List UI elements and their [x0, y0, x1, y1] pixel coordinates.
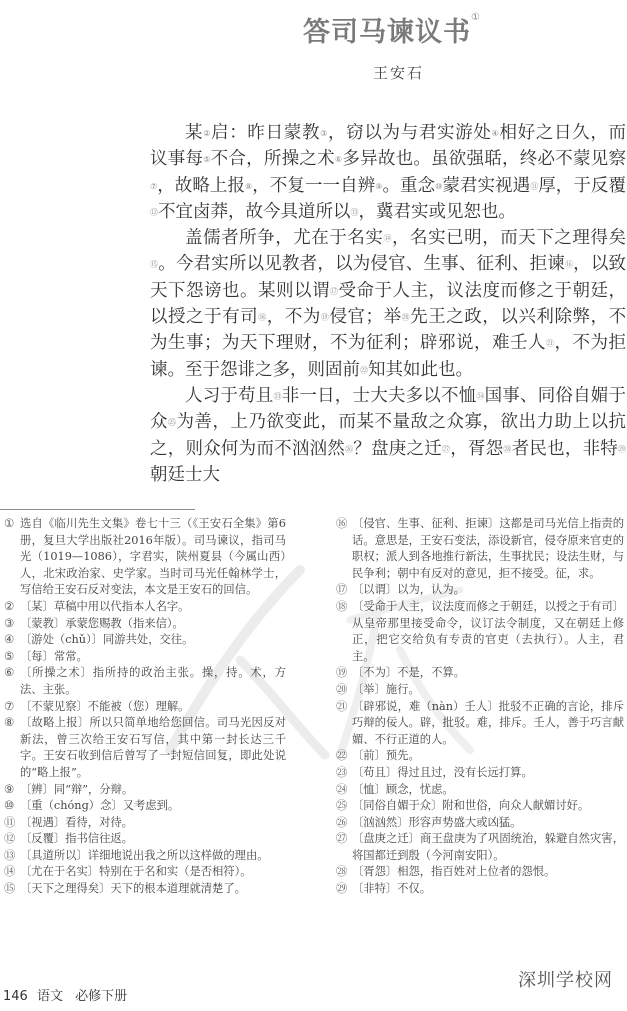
footnote-reference[interactable]: ㉙	[618, 445, 626, 454]
footnote-reference[interactable]: ㉘	[503, 445, 511, 454]
footnote-number: ②	[4, 599, 20, 616]
body-paragraph: 人习于苟且㉓非一日，士大夫多以不恤㉔国事、同俗自媚于众㉕为善，上乃欲变此，而某不…	[150, 383, 626, 488]
footnote-item: ㉙〔非特〕不仅。	[336, 881, 624, 898]
article-title: 答司马谏议书①	[303, 10, 481, 49]
footnote-item: ⑮〔天下之理得矣〕天下的根本道理就清楚了。	[4, 881, 286, 898]
footnote-reference[interactable]: ⑤	[203, 155, 210, 164]
footnote-text: 〔故略上报〕所以只简单地给您回信。司马光因反对新法，曾三次给王安石写信，其中第一…	[20, 715, 286, 781]
footnote-reference[interactable]: ⑦	[150, 182, 157, 191]
footnote-reference[interactable]: ⑯	[565, 260, 573, 269]
body-paragraph: 某②启：昨日蒙教③，窃以为与君实游处④相好之日久，而议事每⑤不合，所操之术⑥多异…	[150, 120, 626, 225]
page-footer: 146 语文 必修下册	[3, 985, 127, 1004]
footnote-reference[interactable]: ⑭	[383, 234, 392, 243]
footnote-item: ⑨〔辨〕同“辩”，分辩。	[4, 782, 286, 799]
footnote-text: 〔前〕预先。	[352, 748, 624, 765]
body-text-segment: ，不为	[267, 307, 321, 327]
footnote-number: ③	[4, 616, 20, 633]
footnote-text: 〔尤在于名实〕特别在于名和实（是否相符）。	[20, 864, 286, 881]
footnote-divider	[0, 509, 195, 510]
footnote-reference[interactable]: ②	[203, 129, 211, 138]
footnote-number: ㉔	[336, 782, 352, 799]
footnote-item: ㉔〔恤〕顾念，忧虑。	[336, 782, 624, 799]
body-text-segment: 。重念	[382, 176, 435, 196]
book-label: 必修下册	[75, 989, 127, 1004]
body-text-segment: 多异故也。虽欲强聒，终必不蒙见察	[342, 149, 626, 169]
title-note-mark[interactable]: ①	[471, 12, 481, 23]
footnote-reference[interactable]: ③	[320, 129, 328, 138]
footnote-reference[interactable]: ④	[492, 129, 500, 138]
footnote-text: 〔所操之术〕指所持的政治主张。操，持。术，方法、主张。	[20, 665, 286, 698]
footnote-number: ㉒	[336, 748, 352, 765]
footnote-number: ⑭	[4, 864, 20, 881]
footnote-text: 〔侵官、生事、征利、拒谏〕这都是司马光信上指责的话。意思是，王安石变法，添设新官…	[352, 516, 624, 582]
footnote-reference[interactable]: ⑥	[335, 155, 342, 164]
footnote-number: ④	[4, 632, 20, 649]
footnote-number: ㉖	[336, 815, 352, 832]
footnote-reference[interactable]: ㉕	[168, 418, 177, 427]
body-text-segment: 朝廷士大	[150, 465, 220, 485]
body-text-segment: 启：昨日蒙教	[211, 123, 320, 143]
footnote-item: ③〔蒙教〕承蒙您赐教（指来信）。	[4, 616, 286, 633]
footnote-text: 〔天下之理得矣〕天下的根本道理就清楚了。	[20, 881, 286, 898]
footnote-item: ⑳〔举〕施行。	[336, 682, 624, 699]
article-title-text: 答司马谏议书	[303, 17, 471, 48]
body-text-segment: ，窃以为与君实游处	[328, 123, 492, 143]
body-text-segment: ？盘庚之迁	[353, 439, 442, 459]
footnote-number: ⑧	[4, 715, 20, 781]
footnote-number: ⑨	[4, 782, 20, 799]
body-text-segment: 不宜卤莽，故今具道所以	[158, 202, 351, 222]
footnote-number: ㉑	[336, 699, 352, 749]
footnote-reference[interactable]: ⑩	[435, 182, 442, 191]
body-text-segment: ，不复一一自辨	[252, 176, 375, 196]
footnote-item: ⑱〔受命于人主，议法度而修之于朝廷，以授之于有司〕从皇帝那里接受命令，议订法令制…	[336, 599, 624, 665]
footnote-text: 〔不蒙见察〕不能被（您）理解。	[20, 699, 286, 716]
footnote-item: ⑦〔不蒙见察〕不能被（您）理解。	[4, 699, 286, 716]
footnote-item: ㉘〔胥怨〕相怨，指百姓对上位者的怨恨。	[336, 864, 624, 881]
footnote-number: ㉓	[336, 765, 352, 782]
footnote-item: ⑬〔具道所以〕详细地说出我之所以这样做的理由。	[4, 848, 286, 865]
body-text-segment: ，故略上报	[157, 176, 245, 196]
footnote-text: 〔非特〕不仅。	[352, 881, 624, 898]
footnote-text: 〔重（chóng）念〕又考虑到。	[20, 798, 286, 815]
footnote-reference[interactable]: ⑮	[150, 260, 158, 269]
footnote-number: ⑲	[336, 665, 352, 682]
footnote-item: ⑧〔故略上报〕所以只简单地给您回信。司马光因反对新法，曾三次给王安石写信，其中第…	[4, 715, 286, 781]
footnotes-right-column: ⑯〔侵官、生事、征利、拒谏〕这都是司马光信上指责的话。意思是，王安石变法，添设新…	[336, 516, 624, 898]
footnote-text: 〔某〕草稿中用以代指本人名字。	[20, 599, 286, 616]
footnote-reference[interactable]: ㉗	[442, 445, 450, 454]
footnote-number: ㉘	[336, 864, 352, 881]
footnote-text: 〔恤〕顾念，忧虑。	[352, 782, 624, 799]
body-text-segment: 不合，所操之术	[211, 149, 335, 169]
footnote-item: ⑰〔以谓〕以为，认为。	[336, 582, 624, 599]
footnote-item: ②〔某〕草稿中用以代指本人名字。	[4, 599, 286, 616]
body-text-segment: 者民也，非特	[512, 439, 618, 459]
footnote-number: ⑯	[336, 516, 352, 582]
footnote-reference[interactable]: ⑰	[330, 287, 339, 296]
footnote-number: ⑮	[4, 881, 20, 898]
footnote-text: 〔胥怨〕相怨，指百姓对上位者的怨恨。	[352, 864, 624, 881]
footnote-item: ⑩〔重（chóng）念〕又考虑到。	[4, 798, 286, 815]
footnote-item: ⑲〔不为〕不是，不算。	[336, 665, 624, 682]
footnote-text: 〔具道所以〕详细地说出我之所以这样做的理由。	[20, 848, 286, 865]
footnote-number: ㉗	[336, 831, 352, 864]
footnote-item: ⑥〔所操之术〕指所持的政治主张。操，持。术，方法、主张。	[4, 665, 286, 698]
footnote-reference[interactable]: ⑬	[351, 208, 359, 217]
footnote-item: ㉕〔同俗自媚于众〕附和世俗，向众人献媚讨好。	[336, 798, 624, 815]
footnotes-left-column: ①选自《临川先生文集》卷七十三（《王安石全集》第6册，复旦大学出版社2016年版…	[4, 516, 286, 898]
footnote-number: ⑫	[4, 831, 20, 848]
footnote-text: 〔每〕常常。	[20, 649, 286, 666]
body-text-segment: ，胥怨	[450, 439, 503, 459]
footnote-reference[interactable]: ⑫	[150, 208, 158, 217]
footnote-text: 〔视遇〕看待，对待。	[20, 815, 286, 832]
subject-label: 语文	[37, 989, 63, 1004]
footnote-text: 〔汹汹然〕形容声势盛大或凶猛。	[352, 815, 624, 832]
footnote-number: ㉕	[336, 798, 352, 815]
footnote-number: ㉙	[336, 881, 352, 898]
footnote-reference[interactable]: ⑨	[375, 182, 382, 191]
footnote-item: ⑭〔尤在于名实〕特别在于名和实（是否相符）。	[4, 864, 286, 881]
body-text-segment: 某	[185, 123, 203, 143]
footnote-text: 〔苟且〕得过且过，没有长远打算。	[352, 765, 624, 782]
footnote-reference[interactable]: ⑱	[258, 313, 267, 322]
footnote-text: 〔不为〕不是，不算。	[352, 665, 624, 682]
footnote-reference[interactable]: ㉓	[274, 392, 282, 401]
footnote-item: ㉑〔辟邪说，难（nàn）壬人〕批驳不正确的言论，排斥巧辩的佞人。辟，批驳。难，排…	[336, 699, 624, 749]
footnote-number: ⑱	[336, 599, 352, 665]
footnote-item: ④〔游处（chǔ）〕同游共处，交往。	[4, 632, 286, 649]
footnote-reference[interactable]: ⑪	[530, 182, 538, 191]
footnote-text: 〔受命于人主，议法度而修之于朝廷，以授之于有司〕从皇帝那里接受命令，议订法令制度…	[352, 599, 624, 665]
footnote-item: ⑫〔反覆〕指书信往返。	[4, 831, 286, 848]
footnote-item: ⑯〔侵官、生事、征利、拒谏〕这都是司马光信上指责的话。意思是，王安石变法，添设新…	[336, 516, 624, 582]
body-text-segment: 蒙君实视遇	[442, 176, 530, 196]
body-text-segment: 人习于苟且	[185, 386, 274, 406]
page-number: 146	[3, 989, 28, 1004]
body-text-segment: ，冀君实或见恕也。	[359, 202, 517, 222]
footnote-item: ⑪〔视遇〕看待，对待。	[4, 815, 286, 832]
footnote-text: 〔反覆〕指书信往返。	[20, 831, 286, 848]
footnote-reference[interactable]: ⑧	[245, 182, 252, 191]
footnote-reference[interactable]: ⑳	[402, 313, 411, 322]
body-text-segment: 侵官；举	[329, 307, 401, 327]
footnote-number: ⑥	[4, 665, 20, 698]
footnote-item: ①选自《临川先生文集》卷七十三（《王安石全集》第6册，复旦大学出版社2016年版…	[4, 516, 286, 599]
body-text-segment: 盖儒者所争，尤在于名实	[185, 228, 383, 248]
footnote-text: 〔以谓〕以为，认为。	[352, 582, 624, 599]
footnote-text: 选自《临川先生文集》卷七十三（《王安石全集》第6册，复旦大学出版社2016年版）…	[20, 516, 286, 599]
footnote-reference[interactable]: ⑲	[321, 313, 330, 322]
body-text-segment: ，名实已明，而天下之理得矣	[392, 228, 626, 248]
footnote-number: ⑰	[336, 582, 352, 599]
footnote-text: 〔游处（chǔ）〕同游共处，交往。	[20, 632, 286, 649]
footnote-number: ⑬	[4, 848, 20, 865]
body-text-segment: 知其如此也。	[368, 360, 473, 380]
author: 王安石	[373, 62, 424, 83]
footnote-text: 〔举〕施行。	[352, 682, 624, 699]
body-paragraph: 盖儒者所争，尤在于名实⑭，名实已明，而天下之理得矣⑮。今君实所以见教者，以为侵官…	[150, 225, 626, 383]
body-text-segment: 非一日，士大夫多以不恤	[282, 386, 477, 406]
article-body: 某②启：昨日蒙教③，窃以为与君实游处④相好之日久，而议事每⑤不合，所操之术⑥多异…	[150, 120, 626, 488]
footnote-item: ㉗〔盘庚之迁〕商王盘庚为了巩固统治，躲避自然灾害，将国都迁到殷（今河南安阳）。	[336, 831, 624, 864]
footnote-number: ⑳	[336, 682, 352, 699]
body-text-segment: 。今君实所以见教者，以为侵官、生事、征利、拒谏	[158, 254, 565, 274]
footnote-reference[interactable]: ㉑	[546, 339, 555, 348]
footnote-text: 〔辟邪说，难（nàn）壬人〕批驳不正确的言论，排斥巧辩的佞人。辟，批驳。难，排斥…	[352, 699, 624, 749]
site-watermark: 深圳学校网	[518, 966, 613, 992]
footnote-text: 〔辨〕同“辩”，分辩。	[20, 782, 286, 799]
footnote-text: 〔蒙教〕承蒙您赐教（指来信）。	[20, 616, 286, 633]
footnote-number: ⑩	[4, 798, 20, 815]
footnote-item: ⑤〔每〕常常。	[4, 649, 286, 666]
footnote-number: ①	[4, 516, 20, 599]
footnote-reference[interactable]: ㉖	[345, 445, 353, 454]
footnote-reference[interactable]: ㉔	[476, 392, 484, 401]
footnote-item: ㉓〔苟且〕得过且过，没有长远打算。	[336, 765, 624, 782]
footnote-text: 〔同俗自媚于众〕附和世俗，向众人献媚讨好。	[352, 798, 624, 815]
footnote-number: ⑤	[4, 649, 20, 666]
body-text-segment: 厚，于反覆	[538, 176, 626, 196]
footnote-number: ⑪	[4, 815, 20, 832]
footnote-item: ㉖〔汹汹然〕形容声势盛大或凶猛。	[336, 815, 624, 832]
footnote-reference[interactable]: ㉒	[360, 366, 368, 375]
footnote-item: ㉒〔前〕预先。	[336, 748, 624, 765]
footnote-text: 〔盘庚之迁〕商王盘庚为了巩固统治，躲避自然灾害，将国都迁到殷（今河南安阳）。	[352, 831, 624, 864]
footnote-number: ⑦	[4, 699, 20, 716]
